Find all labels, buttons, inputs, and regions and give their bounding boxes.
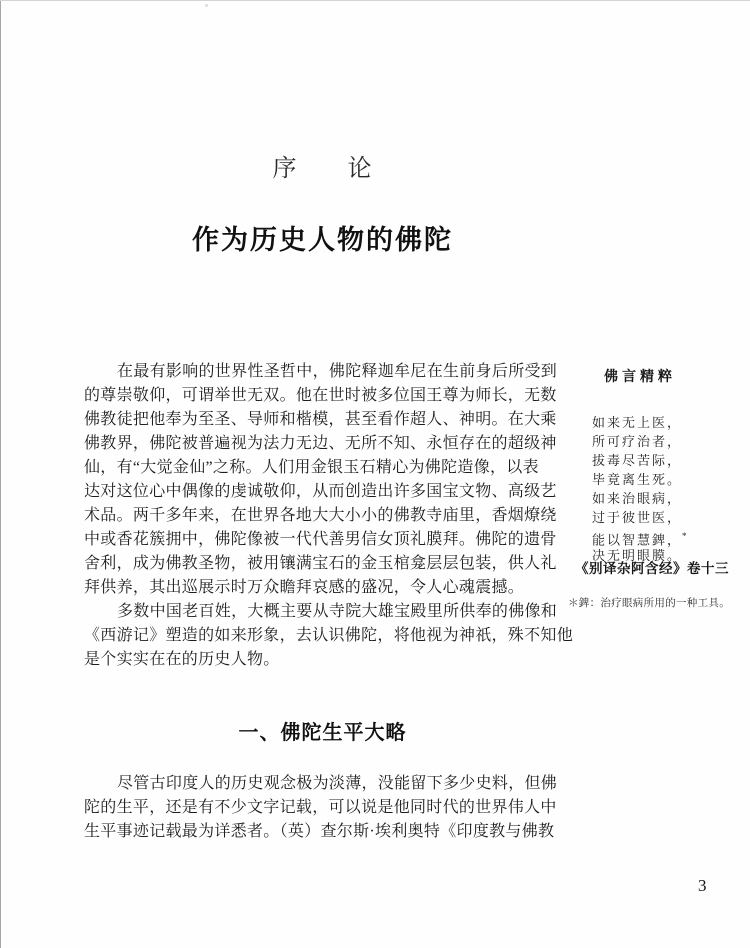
section-heading: 一、佛陀生平大略 (85, 716, 560, 745)
scan-edge-top (0, 0, 750, 1)
body-line: 在最有影响的世界性圣哲中，佛陀释迦牟尼在生前身后所受到 (84, 360, 570, 384)
body-line: 生平事迹记载最为详悉者。（英）查尔斯·埃利奥特《印度教与佛教 (84, 820, 570, 844)
scan-edge-left (0, 0, 1, 948)
verse-line: 毕竟离生死。 (592, 470, 687, 489)
footnote-marker: * (682, 531, 687, 541)
body-line: 佛教界，佛陀被普遍视为法力无边、无所不知、永恒存在的超级神 (84, 432, 570, 456)
body-line: 《西游记》塑造的如来形象，去认识佛陀，将他视为神祇，殊不知他 (84, 624, 570, 648)
verse-line: 所可疗治者， (592, 432, 687, 451)
body-line: 达对这位心中偶像的虔诚敬仰，从而创造出许多国宝文物、高级艺 (84, 480, 570, 504)
verse-line: 能以智慧錍，* (592, 527, 687, 546)
book-page: 序 论 作为历史人物的佛陀 在最有影响的世界性圣哲中，佛陀释迦牟尼在生前身后所受… (0, 0, 750, 948)
body-line: 仙，有“大觉金仙”之称。人们用金银玉石精心为佛陀造像，以表 (84, 456, 570, 480)
chapter-title: 作为历史人物的佛陀 (85, 218, 560, 257)
page-number: 3 (698, 876, 707, 896)
body-line: 佛教徒把他奉为至圣、导师和楷模，甚至看作超人、神明。在大乘 (84, 408, 570, 432)
body-line: 的尊崇敬仰，可谓举世无双。他在世时被多位国王尊为师长，无数 (84, 384, 570, 408)
body-line: 是个实实在在的历史人物。 (84, 648, 570, 672)
body-line: 尽管古印度人的历史观念极为淡薄，没能留下多少史料，但佛 (84, 772, 570, 796)
body-line: 多数中国老百姓，大概主要从寺院大雄宝殿里所供奉的佛像和 (84, 600, 570, 624)
body-line: 中或香花簇拥中，佛陀像被一代代善男信女顶礼膜拜。佛陀的遗骨 (84, 528, 570, 552)
verse-line: 过于彼世医， (592, 508, 687, 527)
verse-line: 如来无上医， (592, 413, 687, 432)
paragraph-1: 在最有影响的世界性圣哲中，佛陀释迦牟尼在生前身后所受到 的尊崇敬仰，可谓举世无双… (84, 360, 570, 600)
body-line: 舍利，成为佛教圣物，被用镶满宝石的金玉棺龛层层包装，供人礼 (84, 552, 570, 576)
sidebar-footnote: ＊錍：治疗眼病所用的一种工具。 (568, 595, 730, 610)
sidebar-heading: 佛言精粹 (604, 366, 676, 386)
verse-block: 如来无上医， 所可疗治者， 拔毒尽苦际， 毕竟离生死。 如来治眼病， 过于彼世医… (592, 413, 687, 565)
paragraph-2: 多数中国老百姓，大概主要从寺院大雄宝殿里所供奉的佛像和 《西游记》塑造的如来形象… (84, 600, 570, 672)
scan-speck (205, 4, 208, 7)
body-line: 术品。两千多年来，在世界各地大大小小的佛教寺庙里，香烟燎绕 (84, 504, 570, 528)
verse-line: 如来治眼病， (592, 489, 687, 508)
preface-title: 序 论 (85, 148, 560, 183)
verse-line: 拔毒尽苦际， (592, 451, 687, 470)
paragraph-3: 尽管古印度人的历史观念极为淡薄，没能留下多少史料，但佛 陀的生平，还是有不少文字… (84, 772, 570, 844)
verse-source: 《别译杂阿含经》卷十三 (575, 557, 729, 577)
body-line: 拜供养，其出巡展示时万众瞻拜哀感的盛况，令人心魂震撼。 (84, 576, 570, 600)
body-line: 陀的生平，还是有不少文字记载，可以说是他同时代的世界伟人中 (84, 796, 570, 820)
